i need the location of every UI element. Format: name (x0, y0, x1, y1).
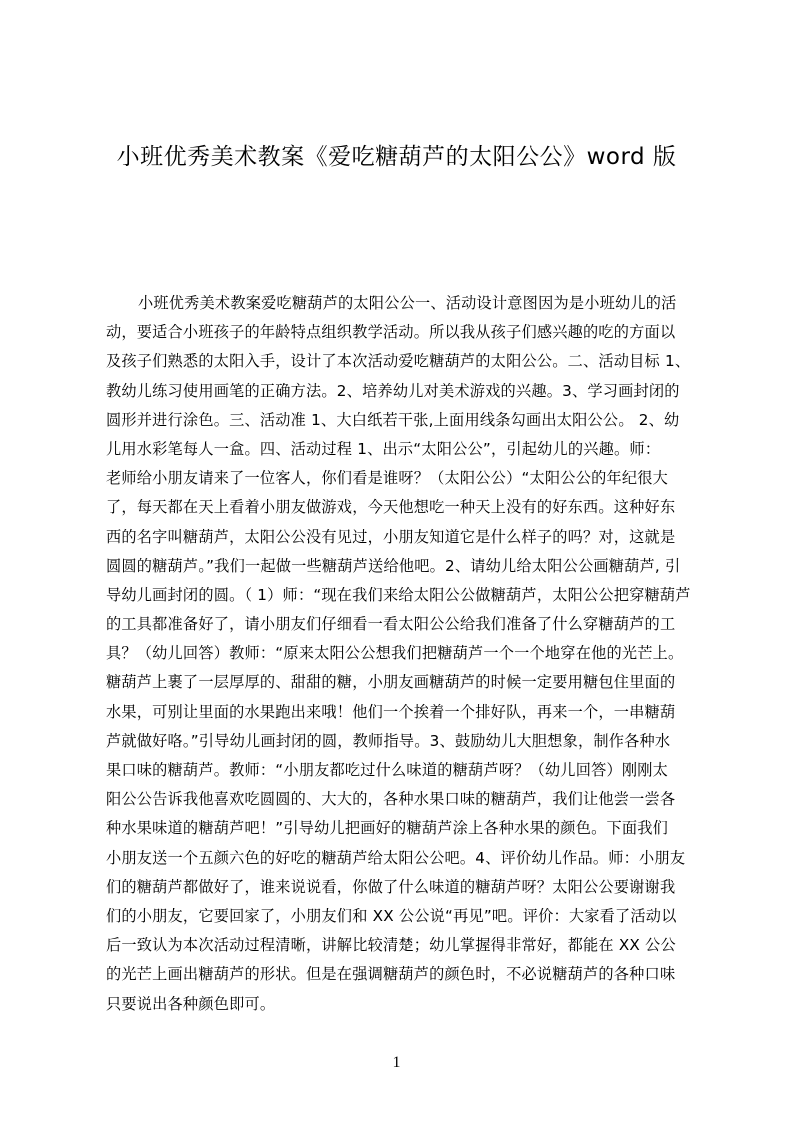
body-line: 们的糖葫芦都做好了，谁来说说看，你做了什么味道的糖葫芦呀？太阳公公要谢谢我 (106, 873, 700, 902)
body-line: 圆形并进行涂色。三、活动准 1、大白纸若干张,上面用线条勾画出太阳公公。 2、幼 (106, 406, 700, 435)
body-line: 水果，可别让里面的水果跑出来哦！他们一个挨着一个排好队，再来一个，一串糖葫 (106, 698, 700, 727)
body-line: 儿用水彩笔每人一盒。四、活动过程 1、出示“太阳公公”，引起幼儿的兴趣。师： (106, 435, 700, 464)
body-line: 后一致认为本次活动过程清晰，讲解比较清楚；幼儿掌握得非常好，都能在 XX 公公 (106, 931, 700, 960)
body-line: 的工具都准备好了，请小朋友们仔细看一看太阳公公给我们准备了什么穿糖葫芦的工 (106, 610, 700, 639)
body-line: 们的小朋友，它要回家了，小朋友们和 XX 公公说“再见”吧。评价：大家看了活动以 (106, 902, 700, 931)
body-line: 芦就做好咯。”引导幼儿画封闭的圆，教师指导。3、鼓励幼儿大胆想象，制作各种水 (106, 727, 700, 756)
body-line: 教幼儿练习使用画笔的正确方法。2、培养幼儿对美术游戏的兴趣。3、学习画封闭的 (106, 377, 700, 406)
document-title: 小班优秀美术教案《爱吃糖葫芦的太阳公公》word 版 (0, 138, 793, 171)
body-line: 种水果味道的糖葫芦吧！”引导幼儿把画好的糖葫芦涂上各种水果的颜色。下面我们 (106, 814, 700, 843)
body-line: 导幼儿画封闭的圆。（ 1）师：“现在我们来给太阳公公做糖葫芦，太阳公公把穿糖葫芦 (106, 581, 700, 610)
body-line: 老师给小朋友请来了一位客人，你们看是谁呀？（太阳公公）“太阳公公的年纪很大 (106, 464, 700, 493)
body-line: 阳公公告诉我他喜欢吃圆圆的、大大的，各种水果口味的糖葫芦，我们让他尝一尝各 (106, 785, 700, 814)
body-line: 具？（幼儿回答）教师：“原来太阳公公想我们把糖葫芦一个一个地穿在他的光芒上。 (106, 639, 700, 668)
body-line: 及孩子们熟悉的太阳入手，设计了本次活动爱吃糖葫芦的太阳公公。二、活动目标 1、 (106, 347, 700, 376)
body-line: 西的名字叫糖葫芦，太阳公公没有见过，小朋友知道它是什么样子的吗？对，这就是 (106, 523, 700, 552)
body-line: 圆圆的糖葫芦。”我们一起做一些糖葫芦送给他吧。2、请幼儿给太阳公公画糖葫芦, 引 (106, 552, 700, 581)
body-line: 小朋友送一个五颜六色的好吃的糖葫芦给太阳公公吧。4、评价幼儿作品。师：小朋友 (106, 844, 700, 873)
body-line: 小班优秀美术教案爱吃糖葫芦的太阳公公一、活动设计意图因为是小班幼儿的活 (106, 289, 700, 318)
body-line: 糖葫芦上裹了一层厚厚的、甜甜的糖，小朋友画糖葫芦的时候一定要用糖包住里面的 (106, 668, 700, 697)
body-line: 了，每天都在天上看着小朋友做游戏，今天他想吃一种天上没有的好东西。这种好东 (106, 493, 700, 522)
body-line: 只要说出各种颜色即可。 (106, 990, 700, 1019)
body-line: 果口味的糖葫芦。教师：“小朋友都吃过什么味道的糖葫芦呀？（幼儿回答）刚刚太 (106, 756, 700, 785)
body-line: 动，要适合小班孩子的年龄特点组织教学活动。所以我从孩子们感兴趣的吃的方面以 (106, 318, 700, 347)
document-body: 小班优秀美术教案爱吃糖葫芦的太阳公公一、活动设计意图因为是小班幼儿的活 动，要适… (106, 289, 700, 1019)
page-number: 1 (0, 1054, 793, 1072)
body-line: 的光芒上画出糖葫芦的形状。但是在强调糖葫芦的颜色时，不必说糖葫芦的各种口味 (106, 960, 700, 989)
